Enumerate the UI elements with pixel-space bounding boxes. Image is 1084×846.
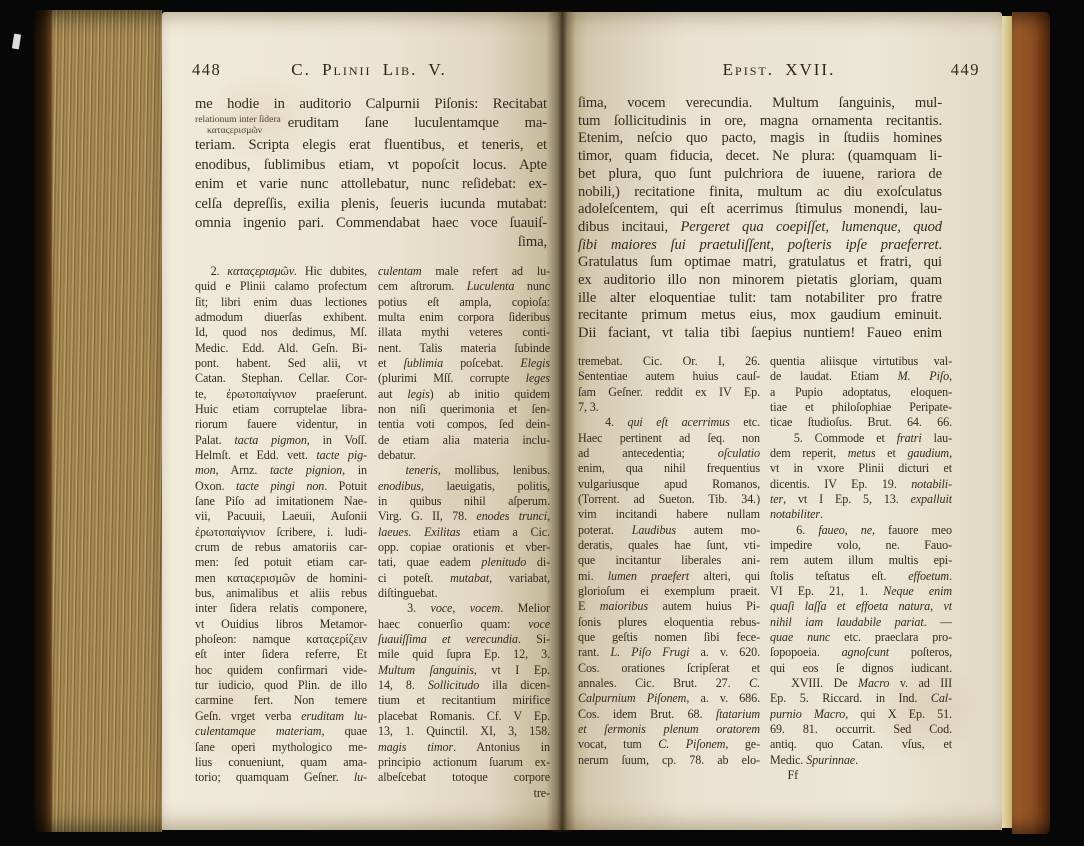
line-text: ex auditorio illo non minorem pietatis g… xyxy=(578,272,942,290)
line-text: ſopopoeia. agnoſcunt poſteros, xyxy=(770,645,952,660)
commentary-block: tremebat. Cic. Or. I, 26.Sententiae aute… xyxy=(578,354,952,784)
line-text: culentam male refert ad lu- xyxy=(378,264,550,279)
line-text: enim, qua nihil frequentius xyxy=(578,461,760,476)
line-text: enodibus, laeuigatis, politis, xyxy=(378,479,550,494)
text-line: debatur. xyxy=(378,448,550,463)
main-text-block: ſima, vocem verecundia. Multum ſanguinis… xyxy=(578,95,942,343)
running-title: Epist. XVII. xyxy=(640,60,918,80)
line-text: dem reperit, metus et gaudium, xyxy=(770,446,952,461)
line-text: a Pupio adoptatus, eloquen- xyxy=(770,385,952,400)
line-text: nobili,) recitatione finita, multum ac d… xyxy=(578,184,942,202)
text-line: mile quid ſupra Ep. 12, 3. xyxy=(378,647,550,662)
text-line: 2. καταϛερισμῶν. Hic dubites, xyxy=(195,264,367,279)
line-text: tiae et philoſophiae Peripate- xyxy=(770,400,952,415)
text-line: placebat Romanis. Cf. V Ep. xyxy=(378,709,550,724)
line-text: ſam Geſner. reddit ex IV Ep. xyxy=(578,385,760,400)
text-line: Palat. tacta pigmon, in Voſſ. xyxy=(195,433,367,448)
line-text: ad antecedentia; oſculatio xyxy=(578,446,760,461)
text-line: Cos. orationes ſcripſerat et xyxy=(578,661,760,676)
line-text: ἐρωτοπαίγνιον ſcribere, i. ludi- xyxy=(195,525,367,540)
text-line: illata mythi veteres conti- xyxy=(378,325,550,340)
text-line: quentia aliisque virtutibus val- xyxy=(770,354,952,369)
line-text: albeſcebat totoque corpore xyxy=(378,770,550,785)
text-line: bet plura, quo ſunt pulchriora de iuuene… xyxy=(578,166,942,184)
line-text: ter, vt I Ep. 5, 13. expalluit xyxy=(770,492,952,507)
text-line: glorioſum ei exemplum praeit. xyxy=(578,584,760,599)
line-text: Multum ſanguinis, vt I Ep. xyxy=(378,663,550,678)
text-line: enodibus, ſublimibus etiam, vt popoſcit … xyxy=(195,156,547,175)
line-text: culentamque materiam, quae xyxy=(195,724,367,739)
text-line: ſonis plures eloquentia rebus- xyxy=(578,615,760,630)
line-text: Palat. tacta pigmon, in Voſſ. xyxy=(195,433,367,448)
main-text-block: 2me hodie in auditorio Calpurnii Piſonis… xyxy=(195,95,547,253)
line-text: aut legis) ab initio quidem xyxy=(378,387,550,402)
fore-edge-page-stack xyxy=(34,10,162,832)
text-line: potius eſt ampla, copioſa: xyxy=(378,295,550,310)
text-line: albeſcebat totoque corpore xyxy=(378,770,550,785)
line-text: riorum fauere videntur, in xyxy=(195,417,367,432)
line-text: Cos. orationes ſcripſerat et xyxy=(578,661,760,676)
line-text: enodibus, ſublimibus etiam, vt popoſcit … xyxy=(195,156,547,175)
line-text: me hodie in auditorio Calpurnii Piſonis:… xyxy=(195,95,547,114)
line-text: teneris, mollibus, lenibus. xyxy=(378,463,550,478)
text-line: 4timor, quam fiducia, decet. Ne plura: (… xyxy=(578,148,942,166)
text-line: celſa depreſſis, exilia plenis, ſeueris … xyxy=(195,195,547,214)
text-line: enim, qua nihil frequentius xyxy=(578,461,760,476)
line-text: 7, 3. xyxy=(578,400,760,415)
line-text: ille alter eloquentiae tulit: tam notabi… xyxy=(578,290,942,308)
text-line: vulgariusque apud Romanos, xyxy=(578,477,760,492)
line-text: quaſi laſſa et effoeta natura, vt xyxy=(770,599,952,614)
text-line: opp. copiae orationis et vber- xyxy=(378,540,550,555)
text-line: cem aſtrorum. Luculenta nunc xyxy=(378,279,550,294)
line-text: Etenim, neſcio quo pacto, magis in ſtudi… xyxy=(578,130,942,148)
text-line: ter, vt I Ep. 5, 13. expalluit xyxy=(770,492,952,507)
line-text: XVIII. De Macro v. ad III xyxy=(770,676,952,691)
text-line: tentia voti compos, ſed dein- xyxy=(378,417,550,432)
commentary-column-1: tremebat. Cic. Or. I, 26.Sententiae aute… xyxy=(578,354,760,784)
text-line: poterat. Laudibus autem mo- xyxy=(578,523,760,538)
line-text: recitante primum metus eius, mox gaudium… xyxy=(578,307,942,325)
text-line: 6. faueo, ne, fauore meo xyxy=(770,523,952,538)
text-line: tum ſollicitudinis in ore, magna ornamen… xyxy=(578,113,942,131)
line-text: Geſn. vrget verba eruditam lu- xyxy=(195,709,367,724)
catchword-line: tre- xyxy=(378,786,550,801)
line-text: ſane operi mythologico me- xyxy=(195,740,367,755)
line-text: Oxon. tacte pingi non. Potuit xyxy=(195,479,367,494)
text-line: tiae et philoſophiae Peripate- xyxy=(770,400,952,415)
line-text: bus, animalibus et aliis rebus xyxy=(195,586,367,601)
line-text: qui eos ſe dignos iudicant. xyxy=(770,661,952,676)
text-line: pont. habent. Sed alii, vt xyxy=(195,356,367,371)
line-text: Medic. Edd. Ald. Geſn. Bi- xyxy=(195,341,367,356)
line-text: que geſtis nomen ſibi fece- xyxy=(578,630,760,645)
line-text: pont. habent. Sed alii, vt xyxy=(195,356,367,371)
text-line: ſit; libri enim duas lectiones xyxy=(195,295,367,310)
text-line: 69. 81. occurrit. Sed Cod. xyxy=(770,722,952,737)
text-line: Id, quod nos dedimus, Mſ. xyxy=(195,325,367,340)
text-line: 14, 8. Sollicitudo illa dicen- xyxy=(378,678,550,693)
scene-background: 448 C. Plinii Lib. V. 2me hodie in audit… xyxy=(0,0,1084,846)
line-text: ſibi maiores ſui praetuliſſent, poſteris… xyxy=(578,237,942,255)
line-text: tentia voti compos, ſed dein- xyxy=(378,417,550,432)
line-text: 13, 1. Quinctil. XI, 3, 158. xyxy=(378,724,550,739)
line-text: rant. L. Piſo Frugi a. v. 620. xyxy=(578,645,760,660)
line-text: 2. καταϛερισμῶν. Hic dubites, xyxy=(195,264,367,279)
text-line: Virg. G. II, 78. enodes trunci, xyxy=(378,509,550,524)
text-line: 5Gratulatus ſum optimae matri, gratulatu… xyxy=(578,254,942,272)
line-text: multa enim corpora ſideribus xyxy=(378,310,550,325)
line-text: notabiliter. xyxy=(770,507,952,522)
text-line: diſtinguebat. xyxy=(378,586,550,601)
line-text: magis timor. Antonius in xyxy=(378,740,550,755)
line-text: mon, Arnz. tacte pignion, in xyxy=(195,463,367,478)
text-line: inter ſidera relatis componere, xyxy=(195,601,367,616)
text-line: XVIII. De Macro v. ad III xyxy=(770,676,952,691)
line-text: et ſermonis plenum oratorem xyxy=(578,722,760,737)
text-line: 2me hodie in auditorio Calpurnii Piſonis… xyxy=(195,95,547,114)
text-line: teriam. Scripta elegis erat fluentibus, … xyxy=(195,136,547,155)
text-line: men καταϛερισμῶν de homini- xyxy=(195,571,367,586)
line-text: Id, quod nos dedimus, Mſ. xyxy=(195,325,367,340)
line-text: de etiam alia materia inclu- xyxy=(378,433,550,448)
line-text: enim et varie nunc attollebatur, nunc re… xyxy=(195,175,547,194)
commentary-column-2: culentam male refert ad lu-cem aſtrorum.… xyxy=(378,264,550,801)
text-line: mon, Arnz. tacte pignion, in xyxy=(195,463,367,478)
leather-cover-edge xyxy=(1012,12,1050,834)
line-text: haec conuerſio quam: voce xyxy=(378,617,550,632)
text-line: Calpurnium Piſonem, a. v. 686. xyxy=(578,691,760,706)
text-line: ſibi maiores ſui praetuliſſent, poſteris… xyxy=(578,237,942,255)
line-text: teriam. Scripta elegis erat fluentibus, … xyxy=(195,136,547,155)
text-line: 3omnia ingenio pari. Commendabat haec vo… xyxy=(195,214,547,233)
line-text: de laudat. Etiam M. Piſo, xyxy=(770,369,952,384)
line-text: Ff xyxy=(770,768,952,783)
line-text: Gratulatus ſum optimae matri, gratulatus… xyxy=(578,254,942,272)
text-line: nobili,) recitatione finita, multum ac d… xyxy=(578,184,942,202)
line-text: eſt inter ſidera referre, Et xyxy=(195,647,367,662)
line-text: Catan. Stephan. Cellar. Cor- xyxy=(195,371,367,386)
line-text: cem aſtrorum. Luculenta nunc xyxy=(378,279,550,294)
line-text: diſtinguebat. xyxy=(378,586,550,601)
text-line: notabiliter. xyxy=(770,507,952,522)
text-line: riorum fauere videntur, in xyxy=(195,417,367,432)
line-text: Helmſt. et Edd. vett. tacte pig- xyxy=(195,448,367,463)
line-text: men: ſed potuit etiam car- xyxy=(195,555,367,570)
text-line: ſane Piſo ad imitationem Nae- xyxy=(195,494,367,509)
line-text: carmine fert. Non temere xyxy=(195,693,367,708)
running-title: C. Plinii Lib. V. xyxy=(254,60,484,80)
text-line: ille alter eloquentiae tulit: tam notabi… xyxy=(578,290,942,308)
gilt-page-edge xyxy=(1002,16,1012,828)
line-text: (plurimi Mſſ. corrupte leges xyxy=(378,371,550,386)
line-text: adoleſcentem, qui eſt acerrimus ſtimulus… xyxy=(578,201,942,219)
line-text: impedire volo, ne. Fauo- xyxy=(770,538,952,553)
line-text: lius conueniunt, quam ama- xyxy=(195,755,367,770)
line-text: annales. Cic. Brut. 27. C. xyxy=(578,676,760,691)
text-line: teneris, mollibus, lenibus. xyxy=(378,463,550,478)
interlinear-gloss: relationum inter ſideraκαταϛερισμῶν xyxy=(195,114,281,136)
text-line: enodibus, laeuigatis, politis, xyxy=(378,479,550,494)
text-line: Sententiae autem huius cauſ- xyxy=(578,369,760,384)
line-text: 6. faueo, ne, fauore meo xyxy=(770,523,952,538)
text-line: men: ſed potuit etiam car- xyxy=(195,555,367,570)
text-line: et ſublimia poſcebat. Elegis xyxy=(378,356,550,371)
text-line: (Torrent. ad Sueton. Tib. 34.) xyxy=(578,492,760,507)
line-text: ſima, vocem verecundia. Multum ſanguinis… xyxy=(578,95,942,113)
line-text: debatur. xyxy=(378,448,550,463)
page-header-right: Epist. XVII. 449 xyxy=(562,12,1002,80)
line-text: purnio Macro, qui X Ep. 51. xyxy=(770,707,952,722)
text-line: annales. Cic. Brut. 27. C. xyxy=(578,676,760,691)
page-number: 449 xyxy=(918,60,980,80)
line-text: torio; quamquam Geſner. lu- xyxy=(195,770,367,785)
line-text: glorioſum ei exemplum praeit. xyxy=(578,584,760,599)
text-line: (plurimi Mſſ. corrupte leges xyxy=(378,371,550,386)
line-text: 5. Commode et fratri lau- xyxy=(770,431,952,446)
line-text: quid e Plinii calamo profectum xyxy=(195,279,367,294)
text-line: E maioribus autem huius Pi- xyxy=(578,599,760,614)
text-line: purnio Macro, qui X Ep. 51. xyxy=(770,707,952,722)
text-line: nent. Talis materia ſubinde xyxy=(378,341,550,356)
line-text: inter ſidera relatis componere, xyxy=(195,601,367,616)
text-line: que geſtis nomen ſibi fece- xyxy=(578,630,760,645)
line-text: dicentis. IV Ep. 19. notabili- xyxy=(770,477,952,492)
text-line: ticae ſtudioſus. Brut. 64. 66. xyxy=(770,415,952,430)
text-line: de laudat. Etiam M. Piſo, xyxy=(770,369,952,384)
text-line: a Pupio adoptatus, eloquen- xyxy=(770,385,952,400)
line-text: Dii faciant, vt talia tibi ſaepius nunti… xyxy=(578,325,942,343)
line-text: tur iudicio, quod Plin. de illo xyxy=(195,678,367,693)
line-text: opp. copiae orationis et vber- xyxy=(378,540,550,555)
line-text: deratis, quales hae ſunt, vti- xyxy=(578,538,760,553)
text-line: phoſeon: namque καταϛερίζειν xyxy=(195,632,367,647)
text-line: vim incitandi habere nullam xyxy=(578,507,760,522)
text-line: quae nunc etc. praeclara pro- xyxy=(770,630,952,645)
text-line: antiq. quo Catan. vſus, et xyxy=(770,737,952,752)
text-line: qui eos ſe dignos iudicant. xyxy=(770,661,952,676)
text-line: deratis, quales hae ſunt, vti- xyxy=(578,538,760,553)
line-text: que incitantur liberales ani- xyxy=(578,553,760,568)
text-line: que incitantur liberales ani- xyxy=(578,553,760,568)
text-line: Oxon. tacte pingi non. Potuit xyxy=(195,479,367,494)
line-text: vii, Pacuuii, Laeuii, Auſonii xyxy=(195,509,367,524)
commentary-column-1: 2. καταϛερισμῶν. Hic dubites,quid e Plin… xyxy=(195,264,367,801)
line-text: tremebat. Cic. Or. I, 26. xyxy=(578,354,760,369)
line-text: Virg. G. II, 78. enodes trunci, xyxy=(378,509,550,524)
line-text: ſonis plures eloquentia rebus- xyxy=(578,615,760,630)
text-line: lius conueniunt, quam ama- xyxy=(195,755,367,770)
line-text: admodum diuerſas exhibent. xyxy=(195,310,367,325)
text-line: ad antecedentia; oſculatio xyxy=(578,446,760,461)
commentary-column-2: quentia aliisque virtutibus val-de lauda… xyxy=(770,354,952,784)
text-line: Multum ſanguinis, vt I Ep. xyxy=(378,663,550,678)
text-line: ſopopoeia. agnoſcunt poſteros, xyxy=(770,645,952,660)
text-line: mi. lumen praefert alteri, qui xyxy=(578,569,760,584)
line-text: quentia aliisque virtutibus val- xyxy=(770,354,952,369)
line-text: ticae ſtudioſus. Brut. 64. 66. xyxy=(770,415,952,430)
text-line: tium et recitantium mirifice xyxy=(378,693,550,708)
text-line: Haec pertinent ad ſeq. non xyxy=(578,431,760,446)
line-text: eruditam ſane luculentamque ma- xyxy=(288,114,547,136)
text-line: principio actionum ſuarum ex- xyxy=(378,755,550,770)
text-line: Helmſt. et Edd. vett. tacte pig- xyxy=(195,448,367,463)
text-line: carmine fert. Non temere xyxy=(195,693,367,708)
line-text: illata mythi veteres conti- xyxy=(378,325,550,340)
line-text: Calpurnium Piſonem, a. v. 686. xyxy=(578,691,760,706)
line-text: Haec pertinent ad ſeq. non xyxy=(578,431,760,446)
text-line: culentam male refert ad lu- xyxy=(378,264,550,279)
line-text: ci poteſt. mutabat, variabat, xyxy=(378,571,550,586)
text-line: 3. voce, vocem. Melior xyxy=(378,601,550,616)
line-text: 4. qui eſt acerrimus etc. xyxy=(578,415,760,430)
line-text: crum de rebus amatoriis car- xyxy=(195,540,367,555)
text-line: Medic. Spurinnae. xyxy=(770,753,952,768)
text-line: Etenim, neſcio quo pacto, magis in ſtudi… xyxy=(578,130,942,148)
text-line: vt Ouidius libros Metamor- xyxy=(195,617,367,632)
text-line: Huic etiam corruptelae libra- xyxy=(195,402,367,417)
line-text: ſit; libri enim duas lectiones xyxy=(195,295,367,310)
text-line: impedire volo, ne. Fauo- xyxy=(770,538,952,553)
text-line: non niſi querimonia et ſen- xyxy=(378,402,550,417)
open-book-photograph: { "colors": { "background": "#070707", "… xyxy=(0,0,1084,846)
line-text: timor, quam fiducia, decet. Ne plura: (q… xyxy=(578,148,942,166)
line-text: antiq. quo Catan. vſus, et xyxy=(770,737,952,752)
page-header-left: 448 C. Plinii Lib. V. xyxy=(162,12,562,80)
text-line: admodum diuerſas exhibent. xyxy=(195,310,367,325)
text-line: quaſi laſſa et effoeta natura, vt xyxy=(770,599,952,614)
text-line: te, ἐρωτοπαίγνιον praeſerunt. xyxy=(195,387,367,402)
text-line: 6Dii faciant, vt talia tibi ſaepius nunt… xyxy=(578,325,942,343)
line-text: mi. lumen praefert alteri, qui xyxy=(578,569,760,584)
line-text: potius eſt ampla, copioſa: xyxy=(378,295,550,310)
line-text: nent. Talis materia ſubinde xyxy=(378,341,550,356)
text-line: de etiam alia materia inclu- xyxy=(378,433,550,448)
text-line: culentamque materiam, quae xyxy=(195,724,367,739)
text-line: ſuauiſſima et verecundia. Si- xyxy=(378,632,550,647)
text-line: VI Ep. 21, 1. Neque enim xyxy=(770,584,952,599)
line-text: principio actionum ſuarum ex- xyxy=(378,755,550,770)
line-text: quae nunc etc. praeclara pro- xyxy=(770,630,952,645)
line-text: E maioribus autem huius Pi- xyxy=(578,599,760,614)
text-line: hoc quidem confirmari vide- xyxy=(195,663,367,678)
line-text: Sententiae autem huius cauſ- xyxy=(578,369,760,384)
text-line: dicentis. IV Ep. 19. notabili- xyxy=(770,477,952,492)
text-line: ex auditorio illo non minorem pietatis g… xyxy=(578,272,942,290)
line-text: in quibus nihil aſperum. xyxy=(378,494,550,509)
text-line: vii, Pacuuii, Laeuii, Auſonii xyxy=(195,509,367,524)
line-text: vim incitandi habere nullam xyxy=(578,507,760,522)
text-line: Ep. 5. Riccard. in Ind. Cal- xyxy=(770,691,952,706)
line-text: men καταϛερισμῶν de homini- xyxy=(195,571,367,586)
line-text: tum ſollicitudinis in ore, magna ornamen… xyxy=(578,113,942,131)
text-line: 7, 3. xyxy=(578,400,760,415)
line-text: poterat. Laudibus autem mo- xyxy=(578,523,760,538)
text-line: Ff xyxy=(770,768,952,783)
line-text: et ſublimia poſcebat. Elegis xyxy=(378,356,550,371)
text-line: ſima, vocem verecundia. Multum ſanguinis… xyxy=(578,95,942,113)
line-text: dibus incitaui, Pergeret qua coepiſſet, … xyxy=(578,219,942,237)
text-line: Geſn. vrget verba eruditam lu- xyxy=(195,709,367,724)
line-text: tium et recitantium mirifice xyxy=(378,693,550,708)
text-line: rant. L. Piſo Frugi a. v. 620. xyxy=(578,645,760,660)
line-text: vocat, tum C. Piſonem, ge- xyxy=(578,737,760,752)
background-speck xyxy=(12,34,21,50)
line-text: laeues. Exilitas etiam a Cic. xyxy=(378,525,550,540)
line-text: VI Ep. 21, 1. Neque enim xyxy=(770,584,952,599)
line-text: rem autem illum multis epi- xyxy=(770,553,952,568)
text-line: adoleſcentem, qui eſt acerrimus ſtimulus… xyxy=(578,201,942,219)
text-line: relationum inter ſideraκαταϛερισμῶνerudi… xyxy=(195,114,547,136)
text-line: bus, animalibus et aliis rebus xyxy=(195,586,367,601)
text-line: 4. qui eſt acerrimus etc. xyxy=(578,415,760,430)
text-line: aut legis) ab initio quidem xyxy=(378,387,550,402)
line-text: nerum ſuum, cp. 78. ab elo- xyxy=(578,753,760,768)
text-line: 5. Commode et fratri lau- xyxy=(770,431,952,446)
text-line: ſtolis teſtatus eſt. effoetum. xyxy=(770,569,952,584)
text-line: enim et varie nunc attollebatur, nunc re… xyxy=(195,175,547,194)
text-line: tremebat. Cic. Or. I, 26. xyxy=(578,354,760,369)
text-line: multa enim corpora ſideribus xyxy=(378,310,550,325)
line-text: bet plura, quo ſunt pulchriora de iuuene… xyxy=(578,166,942,184)
text-line: eſt inter ſidera referre, Et xyxy=(195,647,367,662)
text-line: nerum ſuum, cp. 78. ab elo- xyxy=(578,753,760,768)
text-line: ἐρωτοπαίγνιον ſcribere, i. ludi- xyxy=(195,525,367,540)
line-text: omnia ingenio pari. Commendabat haec voc… xyxy=(195,214,547,233)
commentary-block: 2. καταϛερισμῶν. Hic dubites,quid e Plin… xyxy=(195,264,550,801)
text-line: 13, 1. Quinctil. XI, 3, 158. xyxy=(378,724,550,739)
text-line: vt in vxore Plinii dicturi et xyxy=(770,461,952,476)
text-line: tati, quae eadem plenitudo di- xyxy=(378,555,550,570)
page-number: 448 xyxy=(192,60,254,80)
text-line: laeues. Exilitas etiam a Cic. xyxy=(378,525,550,540)
text-line: in quibus nihil aſperum. xyxy=(378,494,550,509)
catchword-line: ſima, xyxy=(195,233,547,252)
line-text: ſane Piſo ad imitationem Nae- xyxy=(195,494,367,509)
line-text: 14, 8. Sollicitudo illa dicen- xyxy=(378,678,550,693)
line-text: phoſeon: namque καταϛερίζειν xyxy=(195,632,367,647)
text-line: nihil iam laudabile pariat. — xyxy=(770,615,952,630)
line-text: vt Ouidius libros Metamor- xyxy=(195,617,367,632)
line-text: mile quid ſupra Ep. 12, 3. xyxy=(378,647,550,662)
line-text: Cos. idem Brut. 68. ſtatarium xyxy=(578,707,760,722)
text-line: ſane operi mythologico me- xyxy=(195,740,367,755)
line-text: ſuauiſſima et verecundia. Si- xyxy=(378,632,550,647)
text-line: vocat, tum C. Piſonem, ge- xyxy=(578,737,760,752)
text-line: dem reperit, metus et gaudium, xyxy=(770,446,952,461)
line-text: Huic etiam corruptelae libra- xyxy=(195,402,367,417)
text-line: haec conuerſio quam: voce xyxy=(378,617,550,632)
line-text: placebat Romanis. Cf. V Ep. xyxy=(378,709,550,724)
line-text: 69. 81. occurrit. Sed Cod. xyxy=(770,722,952,737)
line-text: 3. voce, vocem. Melior xyxy=(378,601,550,616)
line-text: celſa depreſſis, exilia plenis, ſeueris … xyxy=(195,195,547,214)
text-line: ci poteſt. mutabat, variabat, xyxy=(378,571,550,586)
line-text: nihil iam laudabile pariat. — xyxy=(770,615,952,630)
text-line: magis timor. Antonius in xyxy=(378,740,550,755)
text-line: dibus incitaui, Pergeret qua coepiſſet, … xyxy=(578,219,942,237)
text-line: tur iudicio, quod Plin. de illo xyxy=(195,678,367,693)
line-text: ſtolis teſtatus eſt. effoetum. xyxy=(770,569,952,584)
text-line: crum de rebus amatoriis car- xyxy=(195,540,367,555)
text-line: Catan. Stephan. Cellar. Cor- xyxy=(195,371,367,386)
line-text: ſima, xyxy=(195,233,547,252)
text-line: recitante primum metus eius, mox gaudium… xyxy=(578,307,942,325)
line-text: (Torrent. ad Sueton. Tib. 34.) xyxy=(578,492,760,507)
text-line: ſam Geſner. reddit ex IV Ep. xyxy=(578,385,760,400)
left-page: 448 C. Plinii Lib. V. 2me hodie in audit… xyxy=(162,12,562,830)
text-line: quid e Plinii calamo profectum xyxy=(195,279,367,294)
